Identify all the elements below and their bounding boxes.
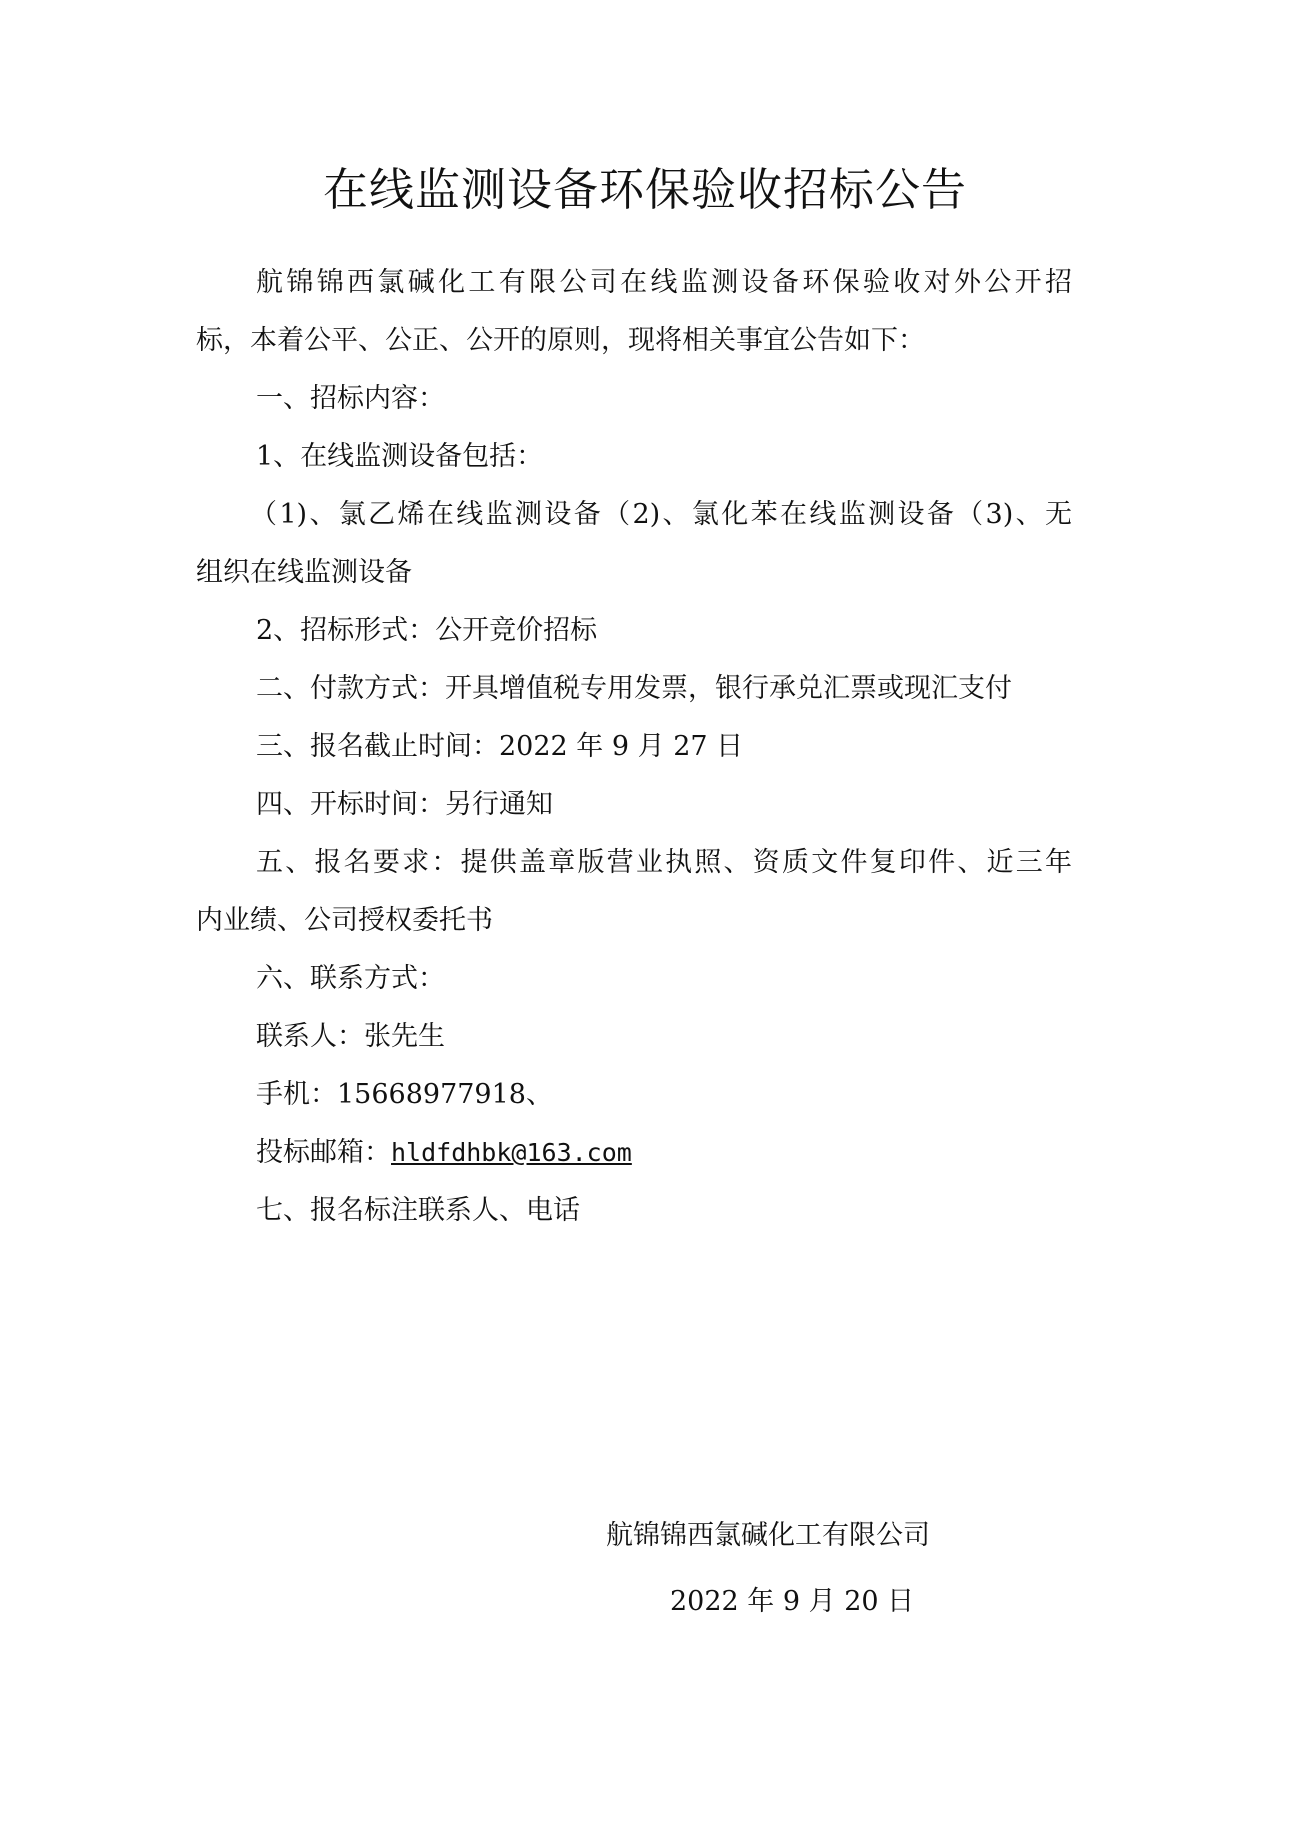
section-5-requirements-line-1: 五、报名要求：提供盖章版营业执照、资质文件复印件、近三年 xyxy=(256,843,1072,883)
contact-person-label: 联系人： xyxy=(256,1021,364,1052)
intro-line-1: 航锦锦西氯碱化工有限公司在线监测设备环保验收对外公开招 xyxy=(256,263,1072,303)
email-line: 投标邮箱：hldfdhbk@163.com xyxy=(256,1133,632,1173)
equipment-list-line-1: （1)、氯乙烯在线监测设备（2)、氯化苯在线监测设备（3)、无 xyxy=(250,495,1072,535)
section-1-item-1: 1、在线监测设备包括： xyxy=(256,437,543,477)
section-1-heading: 一、招标内容： xyxy=(256,379,445,419)
section-2-payment: 二、付款方式：开具增值税专用发票，银行承兑汇票或现汇支付 xyxy=(256,669,1012,709)
intro-line-2: 标，本着公平、公正、公开的原则，现将相关事宜公告如下： xyxy=(196,321,925,361)
email-label: 投标邮箱： xyxy=(256,1137,391,1168)
contact-person-line: 联系人：张先生 xyxy=(256,1017,445,1057)
section-5-requirements-line-2: 内业绩、公司授权委托书 xyxy=(196,901,493,941)
section-4-opening-time: 四、开标时间：另行通知 xyxy=(256,785,553,825)
contact-person-name: 张先生 xyxy=(364,1021,445,1052)
phone-label: 手机： xyxy=(256,1079,337,1110)
phone-number: 15668977918、 xyxy=(337,1079,553,1110)
section-1-item-2: 2、招标形式：公开竞价招标 xyxy=(256,611,597,651)
phone-line: 手机：15668977918、 xyxy=(256,1075,553,1115)
email-link[interactable]: hldfdhbk@163.com xyxy=(391,1138,632,1167)
document-title: 在线监测设备环保验收招标公告 xyxy=(0,160,1290,220)
equipment-list-line-2: 组织在线监测设备 xyxy=(196,553,412,593)
section-6-heading: 六、联系方式： xyxy=(256,959,445,999)
section-3-deadline: 三、报名截止时间：2022 年 9 月 27 日 xyxy=(256,727,743,767)
section-7-note: 七、报名标注联系人、电话 xyxy=(256,1191,580,1231)
document-page: 在线监测设备环保验收招标公告 航锦锦西氯碱化工有限公司在线监测设备环保验收对外公… xyxy=(0,0,1290,1824)
signature-company: 航锦锦西氯碱化工有限公司 xyxy=(606,1516,930,1556)
signature-date: 2022 年 9 月 20 日 xyxy=(670,1582,914,1622)
